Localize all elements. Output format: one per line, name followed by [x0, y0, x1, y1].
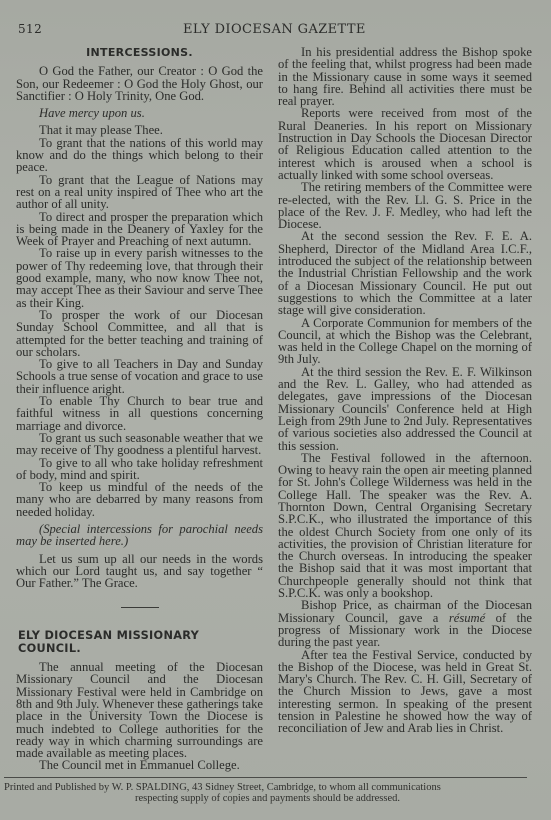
petition: To keep us mindful of the needs of the m… — [16, 481, 263, 518]
report-paragraph: At the third session the Rev. E. F. Wilk… — [278, 366, 532, 452]
page-header: 512 ELY DIOCESAN GAZETTE — [18, 18, 533, 38]
page-number: 512 — [18, 22, 42, 36]
petition: To grant that the nations of this world … — [16, 137, 263, 174]
petition: To enable Thy Church to bear true and fa… — [16, 395, 263, 432]
council-paragraph: The Council met in Emmanuel College. — [16, 759, 263, 771]
report-paragraph: After tea the Festival Service, conducte… — [278, 649, 532, 735]
imprint-line-2: respecting supply of copies and payments… — [4, 793, 531, 804]
council-heading: ELY DIOCESAN MISSIONARY COUNCIL. — [18, 630, 263, 655]
invocation: O God the Father, our Creator : O God th… — [16, 65, 263, 102]
report-paragraph: In his presidential address the Bishop s… — [278, 46, 532, 107]
petition: To grant us such seasonable weather that… — [16, 432, 263, 457]
response-please: That it may please Thee. — [16, 124, 263, 136]
resume-paragraph: Bishop Price, as chairman of the Diocesa… — [278, 599, 532, 648]
report-paragraph: The retiring members of the Committee we… — [278, 181, 532, 230]
petition: To grant that the League of Nations may … — [16, 174, 263, 211]
gazette-page: 512 ELY DIOCESAN GAZETTE INTERCESSIONS. … — [0, 0, 551, 820]
report-paragraph: At the second session the Rev. F. E. A. … — [278, 230, 532, 316]
petition: To direct and prosper the preparation wh… — [16, 211, 263, 248]
petition: To give to all who take holiday refreshm… — [16, 457, 263, 482]
petition: To give to all Teachers in Day and Sunda… — [16, 358, 263, 395]
left-column: INTERCESSIONS. O God the Father, our Cre… — [16, 44, 263, 772]
petition: To prosper the work of our Diocesan Sund… — [16, 309, 263, 358]
right-column: In his presidential address the Bishop s… — [278, 46, 532, 735]
publication-title: ELY DIOCESAN GAZETTE — [183, 22, 366, 37]
council-paragraph: The annual meeting of the Diocesan Missi… — [16, 661, 263, 759]
intercessions-heading: INTERCESSIONS. — [16, 47, 263, 59]
response-mercy: Have mercy upon us. — [16, 107, 263, 119]
closing-prayer: Let us sum up all our needs in the words… — [16, 553, 263, 590]
report-paragraph: A Corporate Communion for members of the… — [278, 317, 532, 366]
report-paragraph: Reports were received from most of the R… — [278, 107, 532, 181]
special-note: (Special intercessions for parochial nee… — [16, 523, 263, 548]
footer-divider — [4, 777, 527, 778]
report-paragraph: The Festival followed in the afternoon. … — [278, 452, 532, 600]
petition: To raise up in every parish witnesses to… — [16, 247, 263, 308]
imprint-footer: Printed and Published by W. P. SPALDING,… — [4, 782, 531, 804]
section-divider — [121, 607, 159, 608]
imprint-line-1: Printed and Published by W. P. SPALDING,… — [4, 782, 531, 793]
